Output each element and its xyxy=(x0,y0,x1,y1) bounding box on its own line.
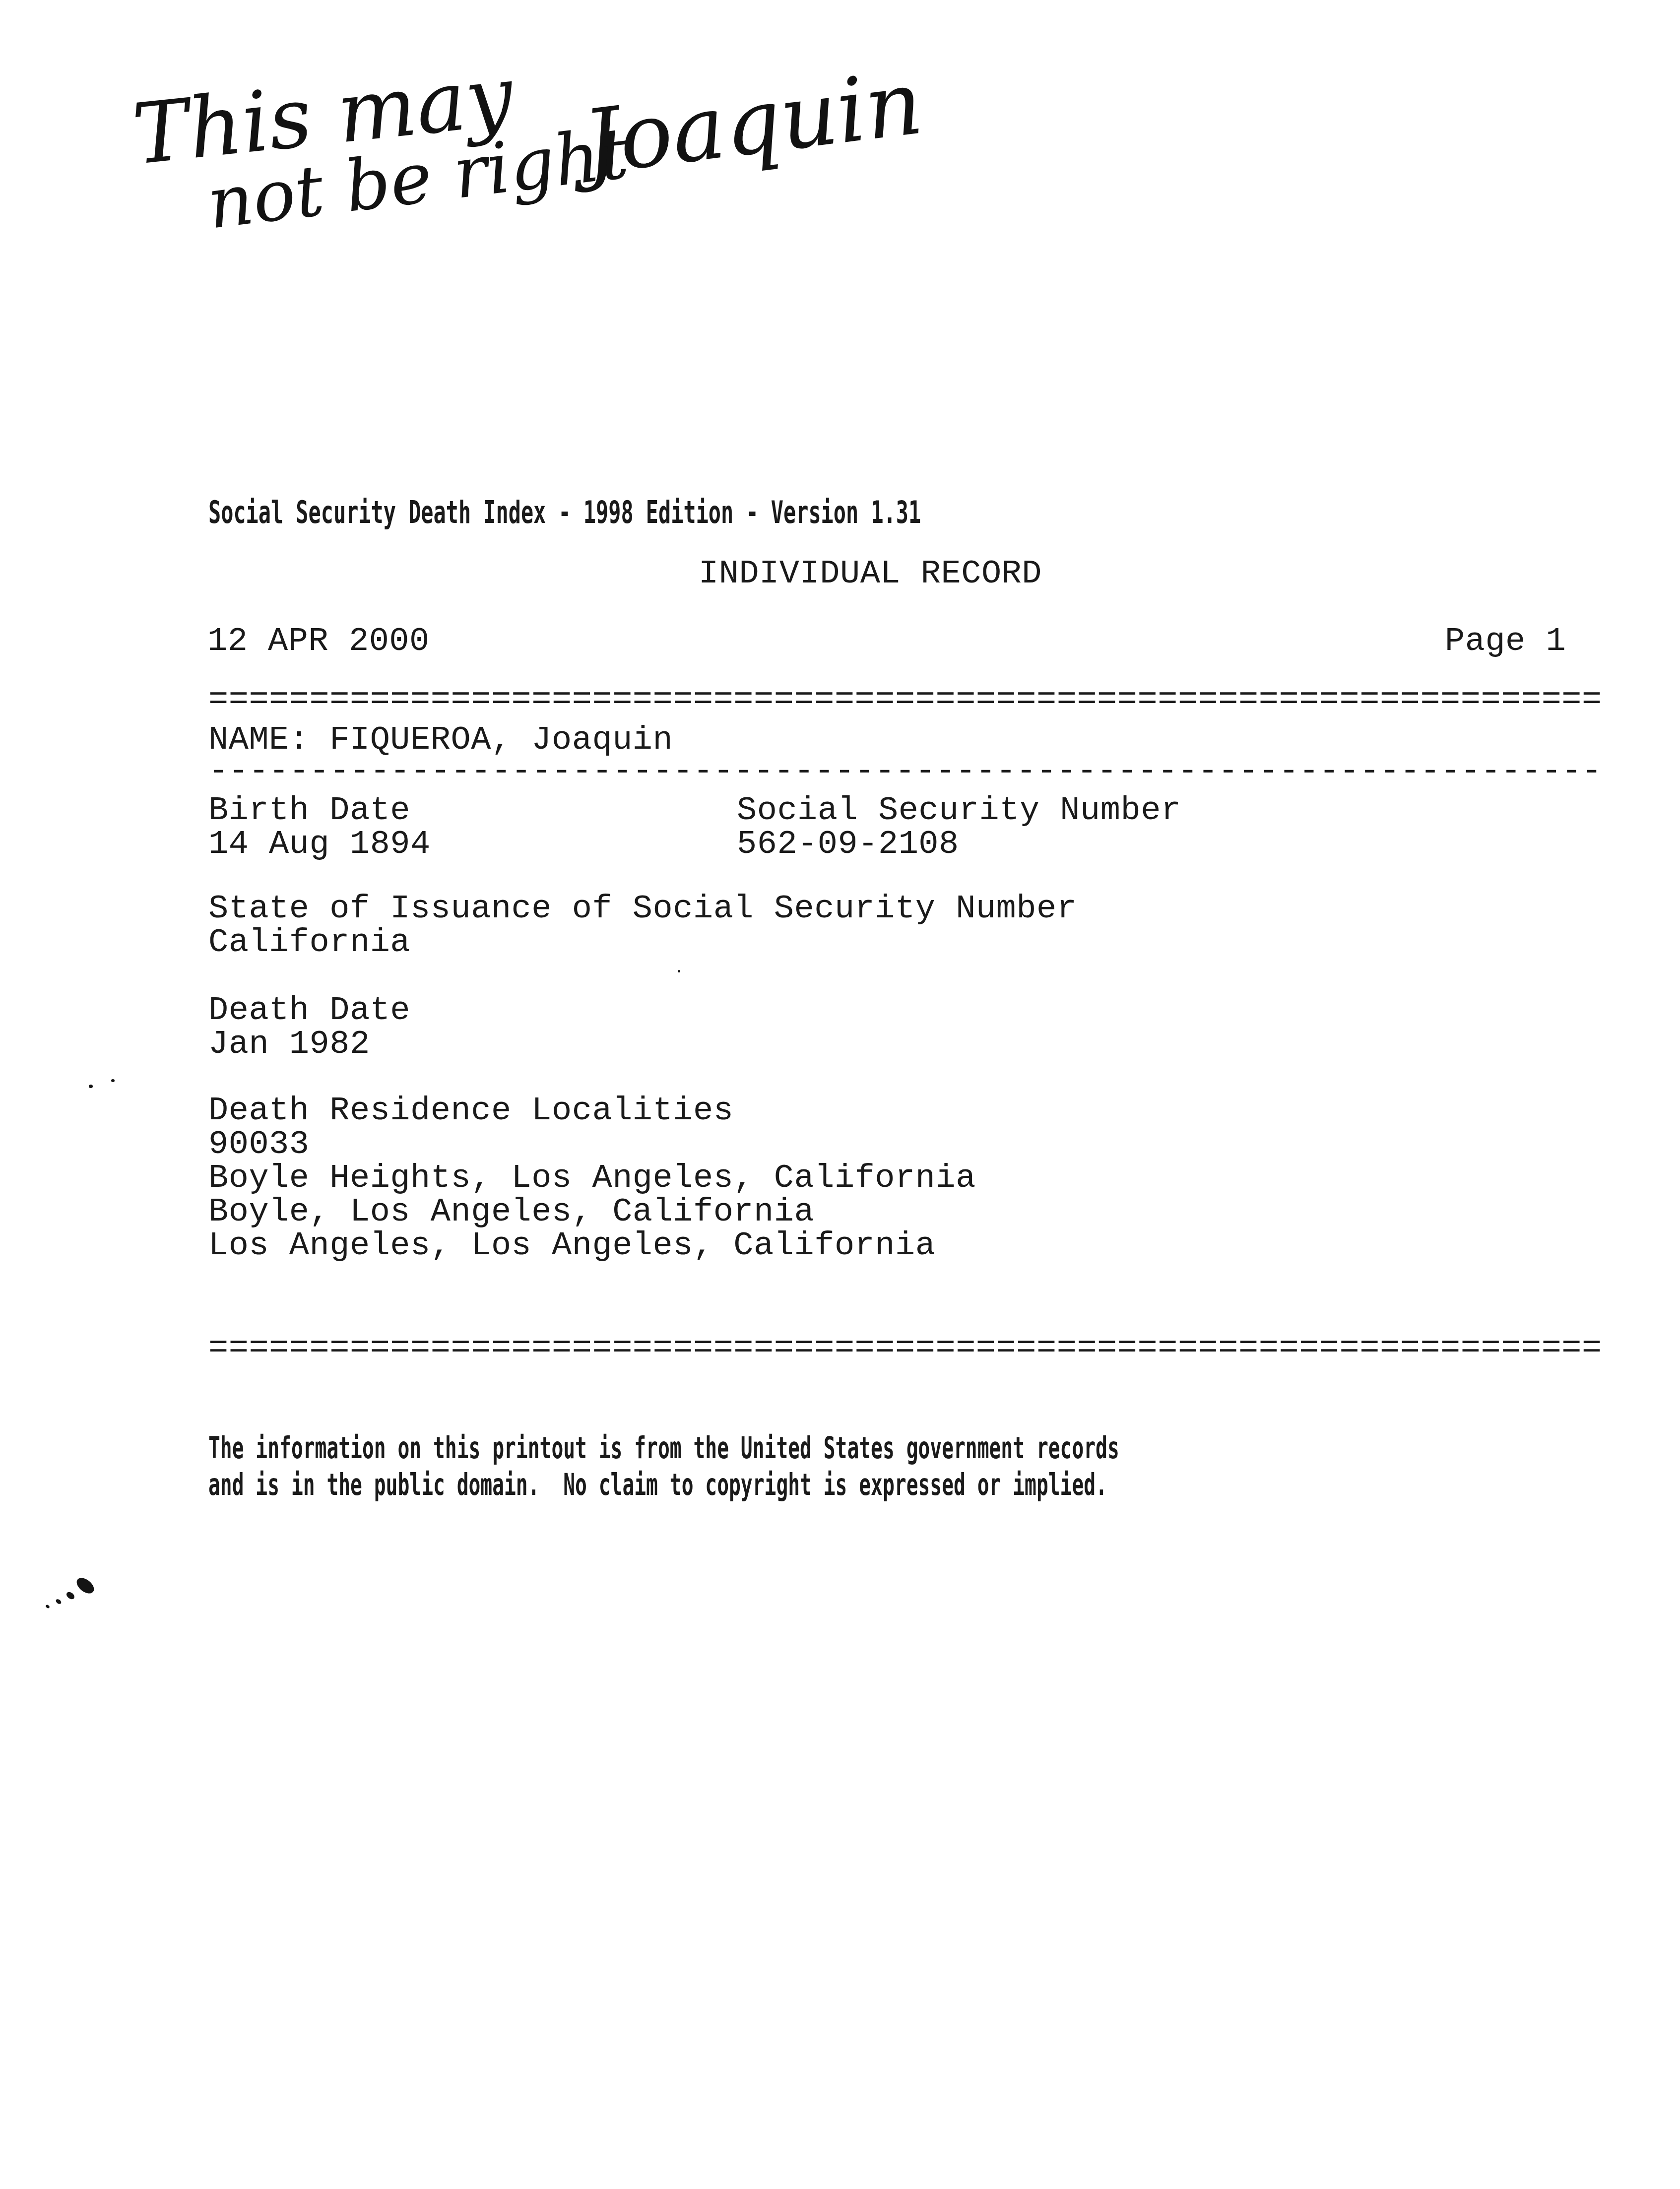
localities-label: Death Residence Localities xyxy=(208,1094,733,1128)
birth-date-label: Birth Date xyxy=(208,794,410,828)
locality-line: Boyle, Los Angeles, California xyxy=(208,1195,814,1229)
separator-bottom: ========================================… xyxy=(208,1332,1602,1365)
birth-date-value: 14 Aug 1894 xyxy=(208,828,431,861)
death-date-value: Jan 1982 xyxy=(208,1028,370,1061)
ssn-value: 562-09-2108 xyxy=(737,828,959,861)
scanned-document-page: This may Joaquin not be right Social Sec… xyxy=(0,0,1680,2189)
death-date-label: Death Date xyxy=(208,994,410,1028)
scan-speckle xyxy=(111,1079,115,1082)
footer-disclaimer-line1: The information on this printout is from… xyxy=(208,1431,1119,1466)
locality-line: Boyle Heights, Los Angeles, California xyxy=(208,1161,976,1195)
issuance-label: State of Issuance of Social Security Num… xyxy=(208,892,1077,926)
report-title: INDIVIDUAL RECORD xyxy=(699,557,1042,591)
footer-disclaimer-line2: and is in the public domain. No claim to… xyxy=(208,1468,1107,1502)
name-underline: ----------------------------------------… xyxy=(208,755,1602,788)
ssn-label: Social Security Number xyxy=(737,794,1181,828)
locality-zip: 90033 xyxy=(208,1128,310,1161)
page-number: Page 1 xyxy=(1445,625,1566,658)
scan-speckle xyxy=(89,1085,93,1088)
handwritten-note: This may Joaquin not be right xyxy=(114,47,958,260)
separator-top: ========================================… xyxy=(208,683,1602,717)
issuance-value: California xyxy=(208,926,410,960)
ink-smudge xyxy=(40,1573,109,1617)
locality-line: Los Angeles, Los Angeles, California xyxy=(208,1229,935,1263)
scan-speckle xyxy=(678,970,680,972)
record-name-line: NAME: FIQUEROA, Joaquin xyxy=(208,723,673,757)
print-date: 12 APR 2000 xyxy=(207,625,430,658)
report-header: Social Security Death Index - 1998 Editi… xyxy=(208,494,921,530)
